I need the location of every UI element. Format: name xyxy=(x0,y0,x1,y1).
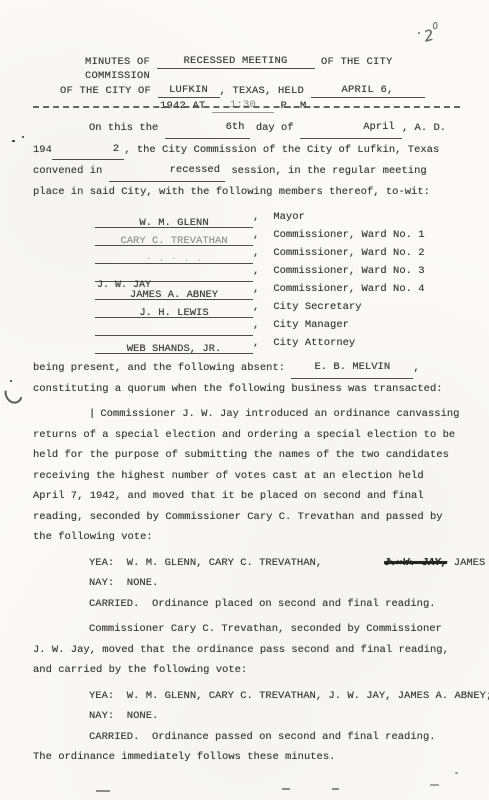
comma: , xyxy=(253,319,259,331)
member-title: Commissioner, Ward No. 2 xyxy=(273,247,424,259)
document-page: 20 MINUTES OF RECESSED MEETING OF THE CI… xyxy=(0,0,489,800)
title-city-blank: LUFKIN xyxy=(158,83,220,98)
member-name-field: CARY C. TREVATHAN xyxy=(95,231,253,246)
title-line2-pre: OF THE CITY OF xyxy=(60,85,158,97)
member-name-field: · . · . . xyxy=(95,249,253,264)
member-name-field: WEB SHANDS, JR. xyxy=(95,339,253,354)
member-name-field xyxy=(95,321,253,336)
vote2-nay-line: NAY: NONE. xyxy=(33,706,460,727)
quorum-paragraph: being present, and the following absent:… xyxy=(33,357,460,399)
struck-out-name: J. W. JAY, xyxy=(327,553,449,574)
member-name: CARY C. TREVATHAN xyxy=(120,235,227,247)
scan-dash-mark xyxy=(282,788,290,790)
title-line-2: OF THE CITY OF LUFKIN, TEXAS, HELD APRIL… xyxy=(60,83,432,98)
dashed-divider xyxy=(33,106,460,108)
member-title: City Attorney xyxy=(273,337,355,349)
comma: , xyxy=(253,247,259,259)
month-blank: April xyxy=(300,117,402,139)
officials-roster: W. M. GLENN,Mayor CARY C. TREVATHAN,Comm… xyxy=(95,207,460,351)
opening-text-2: day of xyxy=(250,122,300,134)
member-title: Commissioner, Ward No. 1 xyxy=(273,229,424,241)
document-body: On this the 6th day of April, A. D. 1942… xyxy=(33,106,460,773)
ordinance-paragraph-2: Commissioner Cary C. Trevathan, seconded… xyxy=(33,619,460,681)
scan-speck xyxy=(22,136,24,138)
vote1-yea-pre: YEA: W. M. GLENN, CARY C. TREVATHAN, xyxy=(89,557,328,569)
member-title: Commissioner, Ward No. 4 xyxy=(273,283,424,295)
comma: , xyxy=(253,229,259,241)
vote2-yea-line: YEA: W. M. GLENN, CARY C. TREVATHAN, J. … xyxy=(33,686,460,707)
ordinance-paragraph-1-text: Commissioner J. W. Jay introduced an ord… xyxy=(33,408,466,543)
member-name: · . · . . xyxy=(146,253,203,265)
day-blank: 6th xyxy=(165,117,250,139)
title-date-blank: APRIL 6, xyxy=(311,83,425,98)
scan-speck xyxy=(418,32,420,34)
margin-tick-mark: | xyxy=(89,408,95,420)
member-title: Mayor xyxy=(273,211,305,223)
quorum-text-1: being present, and the following absent: xyxy=(33,362,291,374)
roster-row-ward4: J. W. JAYJAMES A. ABNEY,Commissioner, Wa… xyxy=(95,279,460,297)
comma: , xyxy=(253,211,259,223)
member-name-field: J. W. JAYJAMES A. ABNEY xyxy=(95,285,253,300)
member-name: W. M. GLENN xyxy=(139,217,208,229)
comma: , xyxy=(253,337,259,349)
vote1-yea-post: JAMES A. ABNEY; xyxy=(447,557,489,569)
member-name-inserted-above: J. W. JAY xyxy=(97,276,255,297)
year-digit-blank: 2 xyxy=(52,139,124,161)
document-title: MINUTES OF RECESSED MEETING OF THE CITY … xyxy=(60,54,432,113)
title-line1-pre: MINUTES OF xyxy=(85,56,157,68)
pencil-page-number: 20 xyxy=(422,24,441,45)
session-type-blank: recessed xyxy=(109,160,225,182)
scan-curve-mark xyxy=(1,381,26,407)
absent-name-blank: E. B. MELVIN xyxy=(291,357,413,379)
ordinance-paragraph-1: |Commissioner J. W. Jay introduced an or… xyxy=(33,404,460,548)
scan-dash-mark xyxy=(96,790,110,792)
scan-dash-mark xyxy=(332,788,339,790)
member-name: J. H. LEWIS xyxy=(139,307,208,319)
scan-dash-mark xyxy=(430,784,439,786)
comma: , xyxy=(253,301,259,313)
scan-speck xyxy=(10,380,12,382)
vote1-carried-line: CARRIED. Ordinance placed on second and … xyxy=(33,594,460,615)
member-title: City Secretary xyxy=(273,301,361,313)
member-name-field: J. H. LEWIS xyxy=(95,303,253,318)
vote1-yea-line: YEA: W. M. GLENN, CARY C. TREVATHAN, J. … xyxy=(33,553,460,574)
vote2-carried-line: CARRIED. Ordinance passed on second and … xyxy=(33,727,460,768)
scan-speck xyxy=(455,772,458,774)
roster-row-attorney: WEB SHANDS, JR.,City Attorney xyxy=(95,333,460,351)
scan-speck xyxy=(12,140,15,142)
member-name: WEB SHANDS, JR. xyxy=(127,343,222,355)
member-name-field: W. M. GLENN xyxy=(95,213,253,228)
opening-paragraph: On this the 6th day of April, A. D. 1942… xyxy=(33,117,460,202)
roster-row-mayor: W. M. GLENN,Mayor xyxy=(95,207,460,225)
member-title: City Manager xyxy=(273,319,349,331)
member-title: Commissioner, Ward No. 3 xyxy=(273,265,424,277)
title-meeting-type-blank: RECESSED MEETING xyxy=(157,54,315,69)
opening-text-1: On this the xyxy=(89,122,165,134)
vote1-nay-line: NAY: NONE. xyxy=(33,573,460,594)
title-line2-mid: , TEXAS, HELD xyxy=(220,85,311,97)
title-line-1: MINUTES OF RECESSED MEETING OF THE CITY … xyxy=(60,54,432,83)
